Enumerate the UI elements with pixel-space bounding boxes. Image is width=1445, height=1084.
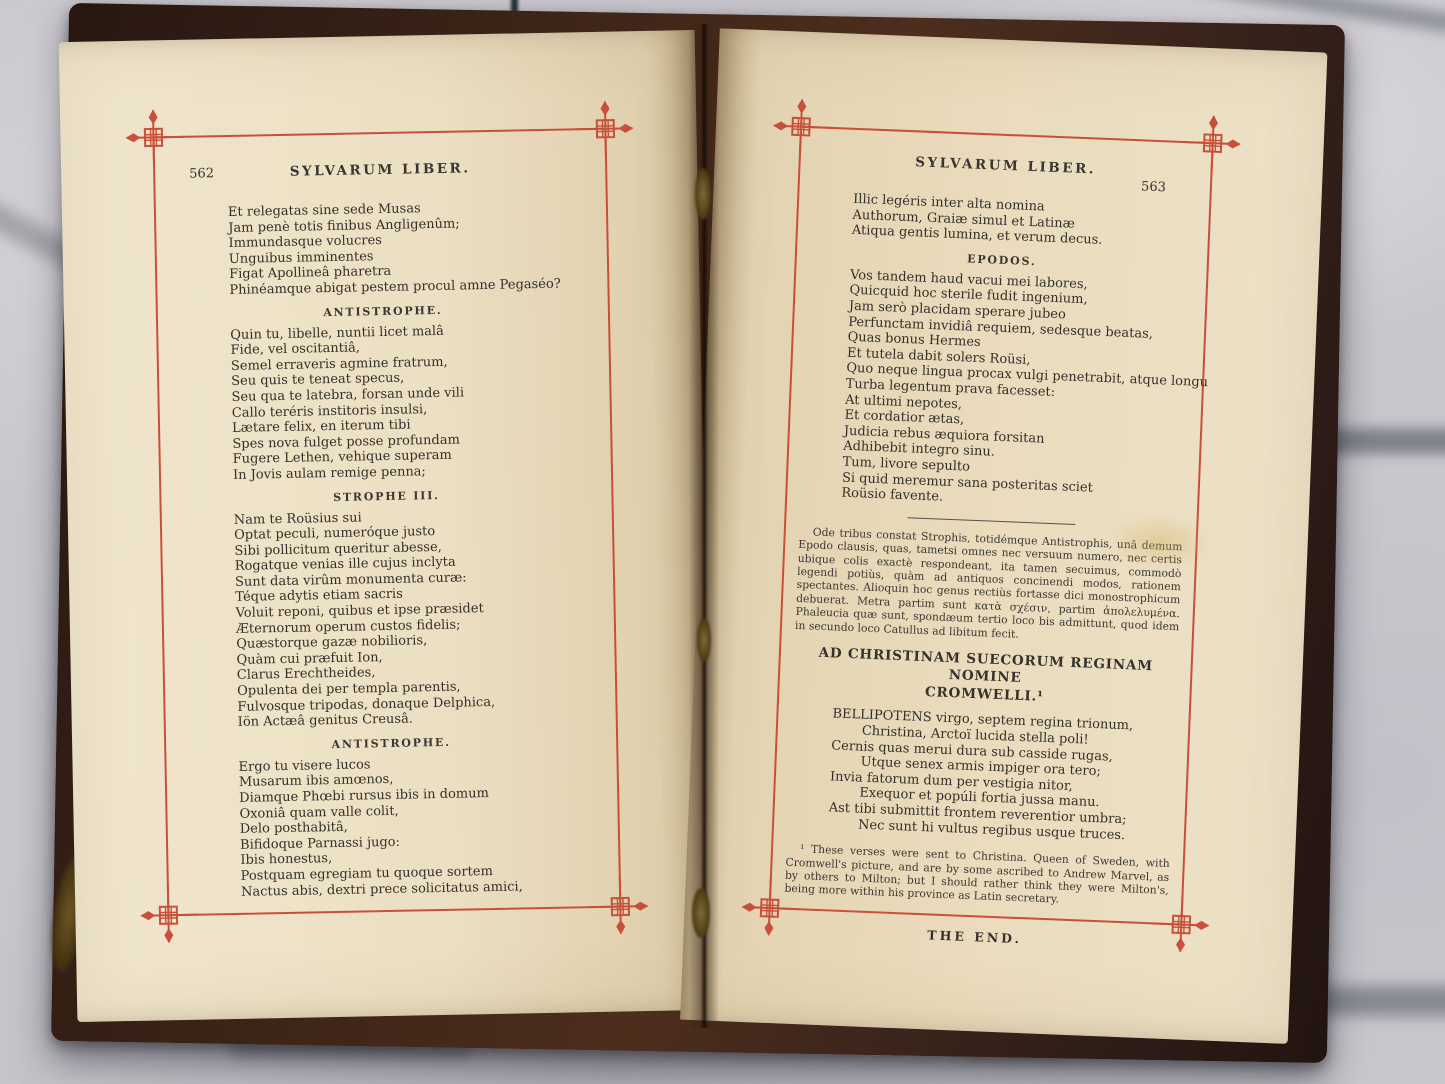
running-title: SYLVARUM LIBER. bbox=[800, 150, 1210, 182]
page-header-right: SYLVARUM LIBER. 563 bbox=[800, 150, 1211, 198]
stanza-antistrophe-1: Quin tu, libelle, nuntii licet malâFide,… bbox=[230, 320, 611, 483]
stanza-opening: Illic legéris inter alta nominaAuthorum,… bbox=[852, 192, 1210, 253]
book-page-left: 562 SYLVARUM LIBER. Et relegatas sine se… bbox=[59, 30, 714, 1022]
section-divider bbox=[907, 517, 1075, 525]
section-heading-antistrophe: ANTISTROPHE. bbox=[158, 300, 608, 322]
red-page-border: 562 SYLVARUM LIBER. Et relegatas sine se… bbox=[152, 128, 621, 917]
corner-ornament-icon bbox=[770, 95, 832, 157]
binding-thread bbox=[697, 618, 711, 662]
section-heading-antistrophe: ANTISTROPHE. bbox=[166, 732, 616, 754]
binding-thread bbox=[695, 168, 711, 220]
book-photo-scene: 562 SYLVARUM LIBER. Et relegatas sine se… bbox=[0, 0, 1445, 1084]
running-title: SYLVARUM LIBER. bbox=[155, 158, 605, 183]
stanza-ad-christinam: BELLIPOTENS virgo, septem regina trionum… bbox=[828, 707, 1189, 846]
corner-ornament-icon bbox=[575, 98, 636, 159]
book-page-right: SYLVARUM LIBER. 563 Illic legéris inter … bbox=[680, 28, 1327, 1044]
stanza-antistrophe-2: Ergo tu visere lucosMusarum ibis amœnos,… bbox=[238, 752, 619, 900]
stanza-epodos: Vos tandem haud vacui mei labores,Quicqu… bbox=[841, 268, 1206, 516]
brick-mortar-line bbox=[1316, 986, 1445, 1016]
section-heading-strophe-3: STROPHE III. bbox=[161, 485, 611, 507]
page-header-left: 562 SYLVARUM LIBER. bbox=[155, 158, 606, 199]
corner-ornament-icon bbox=[1150, 893, 1212, 955]
page-number: 563 bbox=[1141, 179, 1166, 195]
corner-ornament-icon bbox=[738, 877, 800, 939]
corner-ornament-icon bbox=[138, 885, 199, 946]
footnote: ¹ These verses were sent to Christina. Q… bbox=[784, 842, 1170, 911]
corner-ornament-icon bbox=[123, 107, 184, 168]
stanza-strophe-3: Nam te Roüsius suiOptat peculi, numeróqu… bbox=[234, 505, 616, 731]
stanza-opening: Et relegatas sine sede MusasJam penè tot… bbox=[228, 198, 608, 299]
binding-thread bbox=[692, 888, 710, 938]
corner-ornament-icon bbox=[590, 876, 651, 937]
the-end-label: THE END. bbox=[770, 921, 1180, 952]
red-page-border: SYLVARUM LIBER. 563 Illic legéris inter … bbox=[769, 126, 1214, 926]
poem-title-ad-christinam: AD CHRISTINAM SUECORUM REGINAM NOMINE CR… bbox=[787, 644, 1183, 712]
page-number: 562 bbox=[189, 166, 214, 181]
